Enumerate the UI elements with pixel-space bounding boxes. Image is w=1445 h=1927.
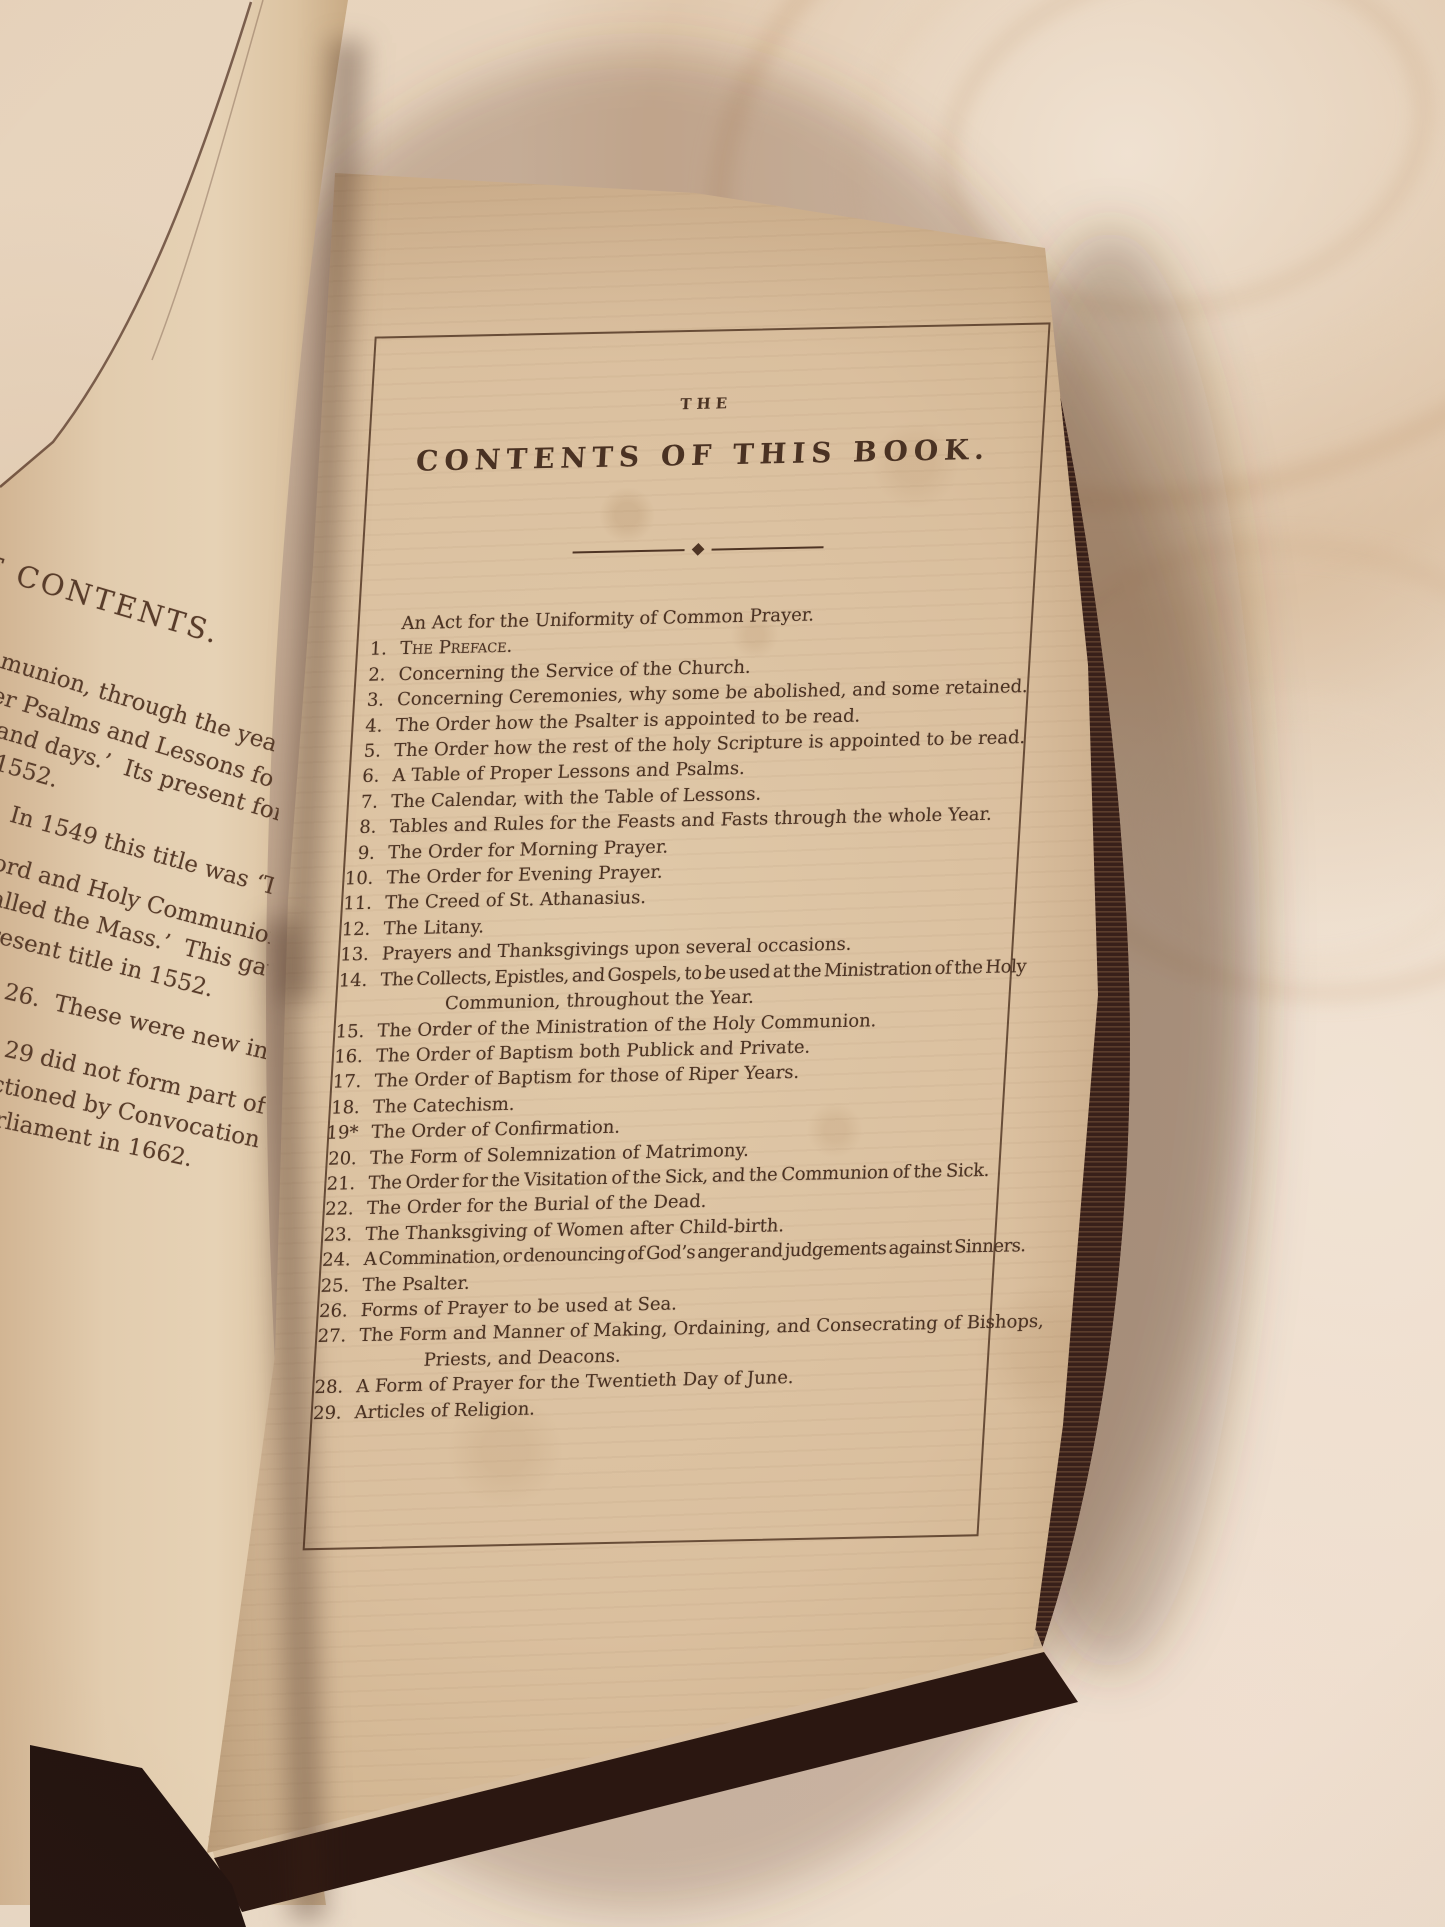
toc-item-number: 4. xyxy=(336,713,384,739)
toc-item-number: 17. xyxy=(315,1069,363,1095)
toc-item-number: 21. xyxy=(309,1171,357,1197)
toc-item-text: Articles of Religion. xyxy=(354,1396,536,1425)
toc-item-number: 1. xyxy=(340,637,388,663)
toc-item-text: The Psalter. xyxy=(362,1270,471,1298)
toc-item-number: 13. xyxy=(322,942,370,968)
toc-item-number: 29. xyxy=(295,1400,343,1426)
left-page-heading-fragment: F CONTENTS. xyxy=(0,548,225,651)
ornament-rule-right xyxy=(711,546,823,550)
book-photo: THE CONTENTS OF THIS BOOK. An Act for th… xyxy=(0,0,1445,1927)
contents-page: THE CONTENTS OF THIS BOOK. An Act for th… xyxy=(241,286,1121,1825)
ornament-rule-left xyxy=(572,549,684,553)
toc-item-number: 7. xyxy=(331,789,379,815)
toc-item-number: 8. xyxy=(330,815,378,841)
toc-item-number: 3. xyxy=(337,688,385,714)
toc-item-number: 11. xyxy=(325,891,373,917)
toc-item-number: 6. xyxy=(333,764,381,790)
toc-item-number: 2. xyxy=(339,662,387,688)
toc-item-text: The Catechism. xyxy=(372,1092,515,1120)
toc-item-number: 24. xyxy=(304,1247,352,1273)
toc-item-number: 22. xyxy=(307,1197,355,1223)
toc-item-number: 25. xyxy=(303,1273,351,1299)
toc-item-number: 19* xyxy=(312,1120,360,1146)
toc-item-number: 10. xyxy=(327,866,375,892)
toc-item-number: 20. xyxy=(310,1146,358,1172)
toc-item-text: The Preface. xyxy=(399,634,513,662)
toc-item-number: 16. xyxy=(316,1044,364,1070)
toc-item-number: 5. xyxy=(334,739,382,765)
contents-list: An Act for the Uniformity of Common Pray… xyxy=(295,597,1083,1427)
toc-item-number: 15. xyxy=(318,1018,366,1044)
toc-item-number: 28. xyxy=(297,1375,345,1401)
toc-item-number: 18. xyxy=(313,1095,361,1121)
toc-rows: 1.The Preface.2.Concerning the Service o… xyxy=(295,622,1082,1426)
toc-item-number: 26. xyxy=(301,1298,349,1324)
toc-item-number: 12. xyxy=(324,917,372,943)
toc-item-number: 9. xyxy=(328,840,376,866)
toc-item-number: 23. xyxy=(306,1222,354,1248)
toc-item-number: 27. xyxy=(300,1324,348,1350)
toc-item-number: 14. xyxy=(321,968,369,994)
toc-item-text: The Litany. xyxy=(383,914,485,942)
